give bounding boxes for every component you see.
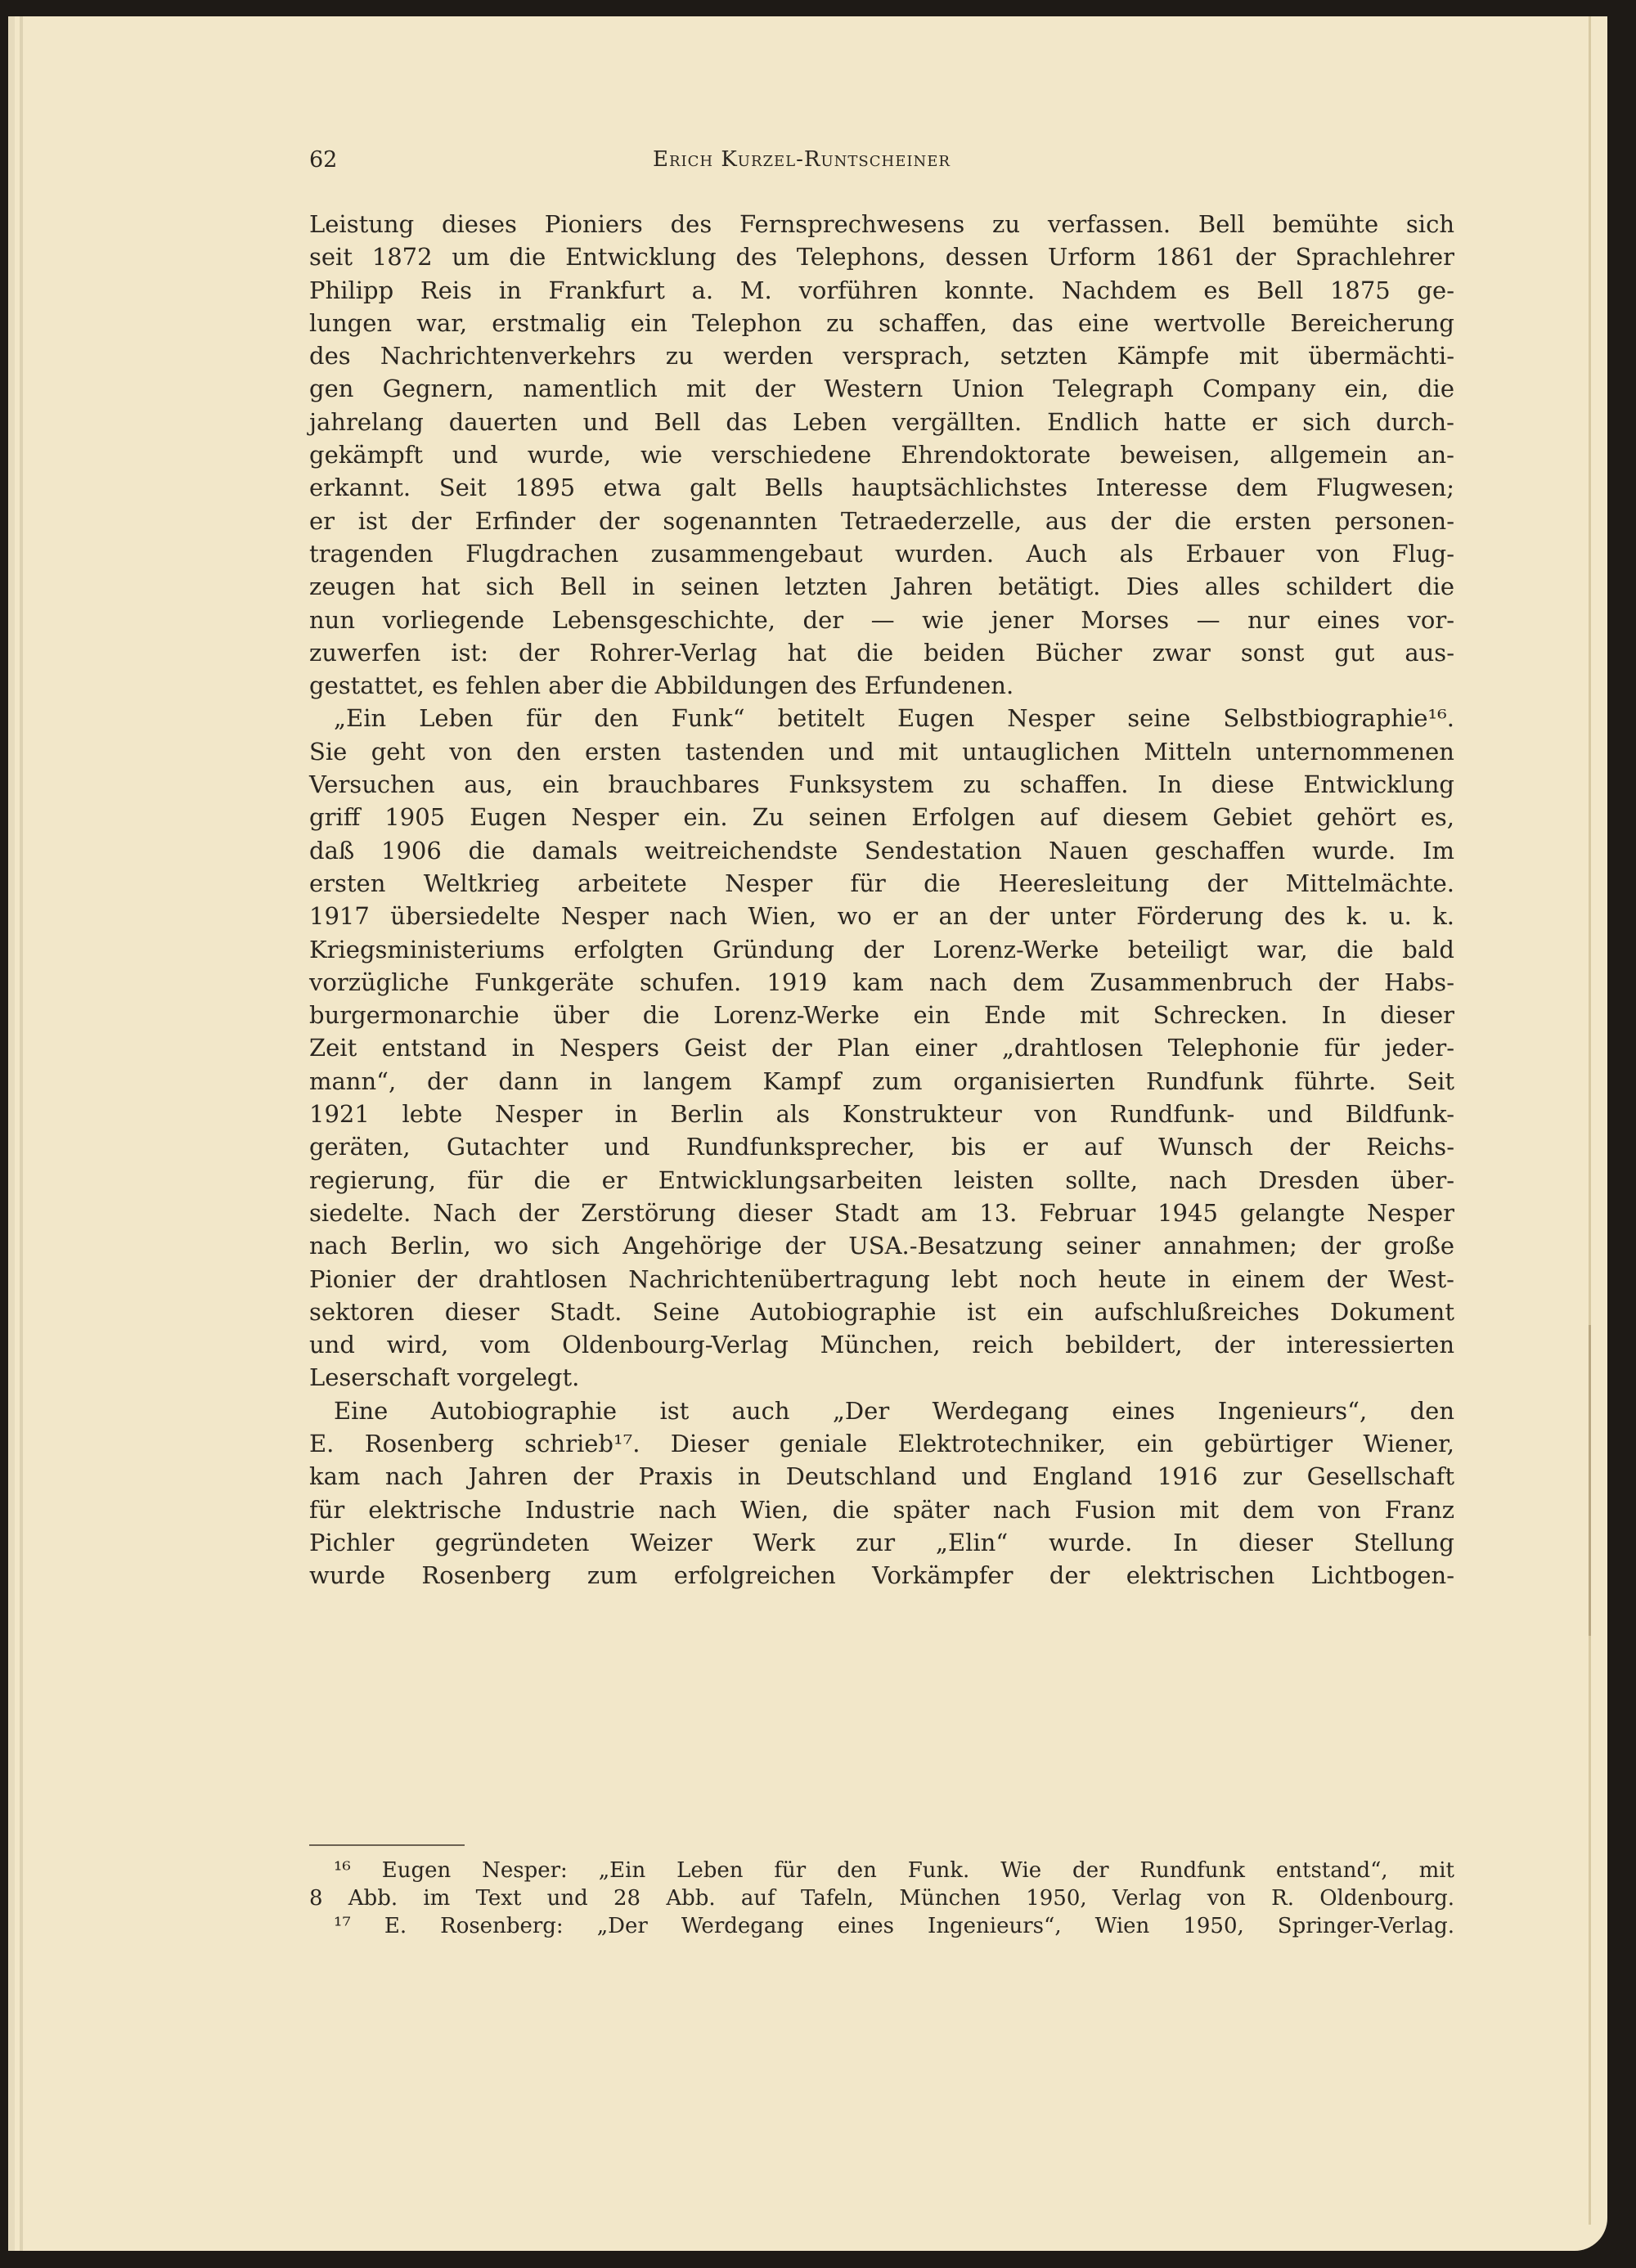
text-line: vorzügliche Funkgeräte schufen. 1919 kam… — [309, 966, 1454, 999]
text-line: Philipp Reis in Frankfurt a. M. vorführe… — [309, 274, 1454, 307]
text-line: zuwerfen ist: der Rohrer-Verlag hat die … — [309, 636, 1454, 669]
footnote-line: 8 Abb. im Text und 28 Abb. auf Tafeln, M… — [309, 1884, 1454, 1912]
running-head-author: Erich Kurzel-Runtscheiner — [653, 147, 951, 172]
text-line: Sie geht von den ersten tastenden und mi… — [309, 735, 1454, 768]
text-line: lungen war, erstmalig ein Telephon zu sc… — [309, 307, 1454, 339]
page-edge — [1589, 16, 1591, 2225]
text-line: Pionier der drahtlosen Nachrichtenübertr… — [309, 1263, 1454, 1296]
text-line: sektoren dieser Stadt. Seine Autobiograp… — [309, 1296, 1454, 1328]
text-line: des Nachrichtenverkehrs zu werden verspr… — [309, 339, 1454, 372]
text-line: Leserschaft vorgelegt. — [309, 1361, 1454, 1394]
text-line: 1917 übersiedelte Nesper nach Wien, wo e… — [309, 900, 1454, 932]
text-line: erkannt. Seit 1895 etwa galt Bells haupt… — [309, 471, 1454, 504]
text-line: gen Gegnern, namentlich mit der Western … — [309, 372, 1454, 405]
text-line: Zeit entstand in Nespers Geist der Plan … — [309, 1031, 1454, 1064]
text-line: nach Berlin, wo sich Angehörige der USA.… — [309, 1229, 1454, 1262]
text-line: Versuchen aus, ein brauchbares Funksyste… — [309, 768, 1454, 801]
text-line: Eine Autobiographie ist auch „Der Werdeg… — [309, 1394, 1454, 1427]
text-line: gestattet, es fehlen aber die Abbildunge… — [309, 669, 1454, 702]
text-line: zeugen hat sich Bell in seinen letzten J… — [309, 570, 1454, 603]
text-line: jahrelang dauerten und Bell das Leben ve… — [309, 406, 1454, 438]
text-line: mann“, der dann in langem Kampf zum orga… — [309, 1065, 1454, 1098]
text-line: wurde Rosenberg zum erfolgreichen Vorkäm… — [309, 1559, 1454, 1592]
text-line: seit 1872 um die Entwicklung des Telepho… — [309, 240, 1454, 273]
footnotes: ¹⁶ Eugen Nesper: „Ein Leben für den Funk… — [309, 1857, 1454, 1940]
text-line: Pichler gegründeten Weizer Werk zur „Eli… — [309, 1526, 1454, 1559]
body-text: Leistung dieses Pioniers des Fernsprechw… — [309, 208, 1454, 1592]
text-line: ersten Weltkrieg arbeitete Nesper für di… — [309, 867, 1454, 900]
text-line: E. Rosenberg schrieb¹⁷. Dieser geniale E… — [309, 1427, 1454, 1460]
text-line: er ist der Erfinder der sogenannten Tetr… — [309, 505, 1454, 537]
text-line: geräten, Gutachter und Rundfunksprecher,… — [309, 1130, 1454, 1163]
text-line: Kriegsministeriums erfolgten Gründung de… — [309, 933, 1454, 966]
text-line: für elektrische Industrie nach Wien, die… — [309, 1493, 1454, 1526]
page-number: 62 — [309, 147, 337, 173]
text-line: kam nach Jahren der Praxis in Deutschlan… — [309, 1460, 1454, 1493]
text-line: gekämpft und wurde, wie verschiedene Ehr… — [309, 438, 1454, 471]
text-line: daß 1906 die damals weitreichendste Send… — [309, 834, 1454, 867]
text-line: burgermonarchie über die Lorenz-Werke ei… — [309, 999, 1454, 1031]
text-line: und wird, vom Oldenbourg-Verlag München,… — [309, 1328, 1454, 1361]
page-fold-crease — [1589, 1325, 1591, 1636]
text-line: siedelte. Nach der Zerstörung dieser Sta… — [309, 1197, 1454, 1229]
text-line: regierung, für die er Entwicklungsarbeit… — [309, 1164, 1454, 1197]
footnote-line: ¹⁶ Eugen Nesper: „Ein Leben für den Funk… — [309, 1857, 1454, 1884]
text-line: „Ein Leben für den Funk“ betitelt Eugen … — [309, 702, 1454, 734]
footnote-separator — [309, 1844, 465, 1846]
text-line: tragenden Flugdrachen zusammengebaut wur… — [309, 537, 1454, 570]
text-line: griff 1905 Eugen Nesper ein. Zu seinen E… — [309, 801, 1454, 833]
text-line: Leistung dieses Pioniers des Fernsprechw… — [309, 208, 1454, 240]
text-line: nun vorliegende Lebensgeschichte, der — … — [309, 604, 1454, 636]
page-header: 62 Erich Kurzel-Runtscheiner — [309, 147, 1454, 180]
footnote-line: ¹⁷ E. Rosenberg: „Der Werdegang eines In… — [309, 1912, 1454, 1940]
text-line: 1921 lebte Nesper in Berlin als Konstruk… — [309, 1098, 1454, 1130]
